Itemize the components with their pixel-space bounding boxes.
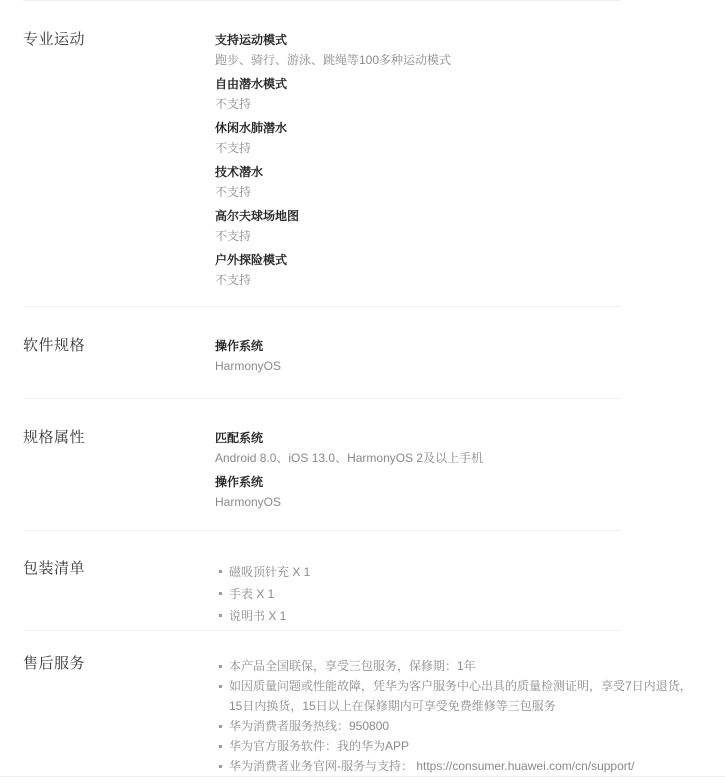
spec-pair: 支持运动模式跑步、骑行、游泳、跳绳等100多种运动模式 xyxy=(215,32,702,68)
spec-label: 技术潜水 xyxy=(215,164,702,180)
spec-value: 不支持 xyxy=(215,140,702,156)
section-content: 磁吸顶针充 X 1手表 X 1说明书 X 1 xyxy=(215,561,702,627)
spec-section-2: 规格属性匹配系统Android 8.0、iOS 13.0、HarmonyOS 2… xyxy=(0,399,725,530)
spec-label: 户外探险模式 xyxy=(215,252,702,268)
bullet-list: 本产品全国联保，享受三包服务，保修期：1年如因质量问题或性能故障，凭华为客户服务… xyxy=(215,656,702,776)
spec-section-3: 包装清单磁吸顶针充 X 1手表 X 1说明书 X 1 xyxy=(0,531,725,630)
spec-pair: 匹配系统Android 8.0、iOS 13.0、HarmonyOS 2及以上手… xyxy=(215,430,702,466)
spec-label: 休闲水肺潜水 xyxy=(215,120,702,136)
spec-pair: 高尔夫球场地图不支持 xyxy=(215,208,702,244)
section-title: 包装清单 xyxy=(23,561,215,577)
bottom-divider xyxy=(0,776,725,777)
spec-value: 不支持 xyxy=(215,228,702,244)
product-spec-table: 专业运动支持运动模式跑步、骑行、游泳、跳绳等100多种运动模式自由潜水模式不支持… xyxy=(0,0,725,777)
spec-pair: 自由潜水模式不支持 xyxy=(215,76,702,112)
section-content: 操作系统HarmonyOS xyxy=(215,338,702,374)
list-item: 手表 X 1 xyxy=(215,583,702,605)
spec-label: 高尔夫球场地图 xyxy=(215,208,702,224)
list-item: 磁吸顶针充 X 1 xyxy=(215,561,702,583)
section-title: 售后服务 xyxy=(23,656,215,672)
section-title: 专业运动 xyxy=(23,32,215,48)
spec-value: HarmonyOS xyxy=(215,358,702,374)
spec-section-1: 软件规格操作系统HarmonyOS xyxy=(0,307,725,398)
spec-section-0: 专业运动支持运动模式跑步、骑行、游泳、跳绳等100多种运动模式自由潜水模式不支持… xyxy=(0,1,725,306)
spec-pair: 操作系统HarmonyOS xyxy=(215,338,702,374)
spec-pair: 技术潜水不支持 xyxy=(215,164,702,200)
section-title: 规格属性 xyxy=(23,430,215,446)
spec-label: 匹配系统 xyxy=(215,430,702,446)
list-item: 华为消费者服务热线：950800 xyxy=(215,716,702,736)
spec-section-4: 售后服务本产品全国联保，享受三包服务，保修期：1年如因质量问题或性能故障，凭华为… xyxy=(0,631,725,776)
spec-value: HarmonyOS xyxy=(215,494,702,510)
list-item: 华为官方服务软件：我的华为APP xyxy=(215,736,702,756)
spec-pair: 操作系统HarmonyOS xyxy=(215,474,702,510)
spec-value: 不支持 xyxy=(215,184,702,200)
spec-label: 操作系统 xyxy=(215,474,702,490)
list-item: 华为消费者业务官网-服务与支持： https://consumer.huawei… xyxy=(215,756,702,776)
section-content: 支持运动模式跑步、骑行、游泳、跳绳等100多种运动模式自由潜水模式不支持休闲水肺… xyxy=(215,32,702,288)
spec-value: 不支持 xyxy=(215,272,702,288)
list-item: 本产品全国联保，享受三包服务，保修期：1年 xyxy=(215,656,702,676)
spec-pair: 户外探险模式不支持 xyxy=(215,252,702,288)
section-content: 匹配系统Android 8.0、iOS 13.0、HarmonyOS 2及以上手… xyxy=(215,430,702,510)
spec-label: 支持运动模式 xyxy=(215,32,702,48)
spec-pair: 休闲水肺潜水不支持 xyxy=(215,120,702,156)
bullet-list: 磁吸顶针充 X 1手表 X 1说明书 X 1 xyxy=(215,561,702,627)
spec-value: 跑步、骑行、游泳、跳绳等100多种运动模式 xyxy=(215,52,702,68)
spec-label: 自由潜水模式 xyxy=(215,76,702,92)
section-title: 软件规格 xyxy=(23,338,215,354)
section-content: 本产品全国联保，享受三包服务，保修期：1年如因质量问题或性能故障，凭华为客户服务… xyxy=(215,656,702,776)
spec-value: Android 8.0、iOS 13.0、HarmonyOS 2及以上手机 xyxy=(215,450,702,466)
list-item: 说明书 X 1 xyxy=(215,605,702,627)
spec-value: 不支持 xyxy=(215,96,702,112)
list-item: 如因质量问题或性能故障，凭华为客户服务中心出具的质量检测证明，享受7日内退货，1… xyxy=(215,676,702,716)
spec-label: 操作系统 xyxy=(215,338,702,354)
